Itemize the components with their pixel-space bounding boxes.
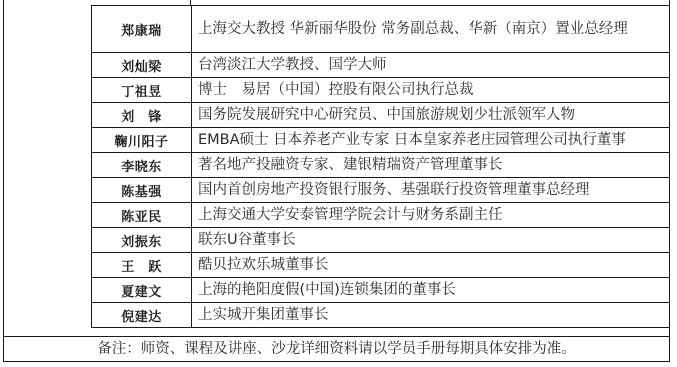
faculty-name: 陈基强 — [92, 178, 192, 203]
faculty-description: 上实城开集团董事长 — [192, 303, 670, 328]
table-row: 丁祖昱 博士 易居（中国）控股有限公司执行总裁 — [92, 78, 670, 103]
faculty-description: 博士 易居（中国）控股有限公司执行总裁 — [192, 78, 670, 103]
faculty-name: 陈亚民 — [92, 203, 192, 228]
faculty-description: EMBA硕士 日本养老产业专家 日本皇家养老庄园管理公司执行董事 — [192, 128, 670, 153]
faculty-description: 国内首创房地产投资银行服务、基强联行投资管理董事总经理 — [192, 178, 670, 203]
table-row: 刘灿梁 台湾淡江大学教授、国学大师 — [92, 53, 670, 78]
table-row: 陈基强 国内首创房地产投资银行服务、基强联行投资管理董事总经理 — [92, 178, 670, 203]
faculty-name: 郑康瑞 — [92, 6, 192, 53]
faculty-name: 王 跃 — [92, 253, 192, 278]
table-row: 倪建达 上实城开集团董事长 — [92, 303, 670, 328]
faculty-description: 上海交大教授 华新丽华股份 常务副总裁、华新（南京）置业总经理 — [192, 6, 670, 53]
faculty-description: 上海的艳阳度假(中国)连锁集团的董事长 — [192, 278, 670, 303]
table-row: 王 跃 酷贝拉欢乐城董事长 — [92, 253, 670, 278]
footnote-remark: 备注：师资、课程及讲座、沙龙详细资料请以学员手册每期具体安排为准。 — [4, 336, 669, 361]
faculty-table: 郑康瑞 上海交大教授 华新丽华股份 常务副总裁、华新（南京）置业总经理 刘灿梁 … — [91, 5, 670, 328]
table-row: 鞠川阳子 EMBA硕士 日本养老产业专家 日本皇家养老庄园管理公司执行董事 — [92, 128, 670, 153]
faculty-name: 丁祖昱 — [92, 78, 192, 103]
faculty-name: 倪建达 — [92, 303, 192, 328]
faculty-name: 夏建文 — [92, 278, 192, 303]
faculty-name: 刘 锋 — [92, 103, 192, 128]
table-row: 刘振东 联东U谷董事长 — [92, 228, 670, 253]
faculty-description: 酷贝拉欢乐城董事长 — [192, 253, 670, 278]
faculty-description: 著名地产投融资专家、建银精瑞资产管理董事长 — [192, 153, 670, 178]
faculty-description: 国务院发展研究中心研究员、中国旅游规划少壮派领军人物 — [192, 103, 670, 128]
table-row: 郑康瑞 上海交大教授 华新丽华股份 常务副总裁、华新（南京）置业总经理 — [92, 6, 670, 53]
faculty-name: 刘振东 — [92, 228, 192, 253]
faculty-description: 联东U谷董事长 — [192, 228, 670, 253]
faculty-name: 刘灿梁 — [92, 53, 192, 78]
table-row: 李晓东 著名地产投融资专家、建银精瑞资产管理董事长 — [92, 153, 670, 178]
table-row: 夏建文 上海的艳阳度假(中国)连锁集团的董事长 — [92, 278, 670, 303]
table-row: 刘 锋 国务院发展研究中心研究员、中国旅游规划少壮派领军人物 — [92, 103, 670, 128]
faculty-description: 上海交通大学安泰管理学院会计与财务系副主任 — [192, 203, 670, 228]
faculty-name: 鞠川阳子 — [92, 128, 192, 153]
table-row: 陈亚民 上海交通大学安泰管理学院会计与财务系副主任 — [92, 203, 670, 228]
faculty-name: 李晓东 — [92, 153, 192, 178]
faculty-description: 台湾淡江大学教授、国学大师 — [192, 53, 670, 78]
